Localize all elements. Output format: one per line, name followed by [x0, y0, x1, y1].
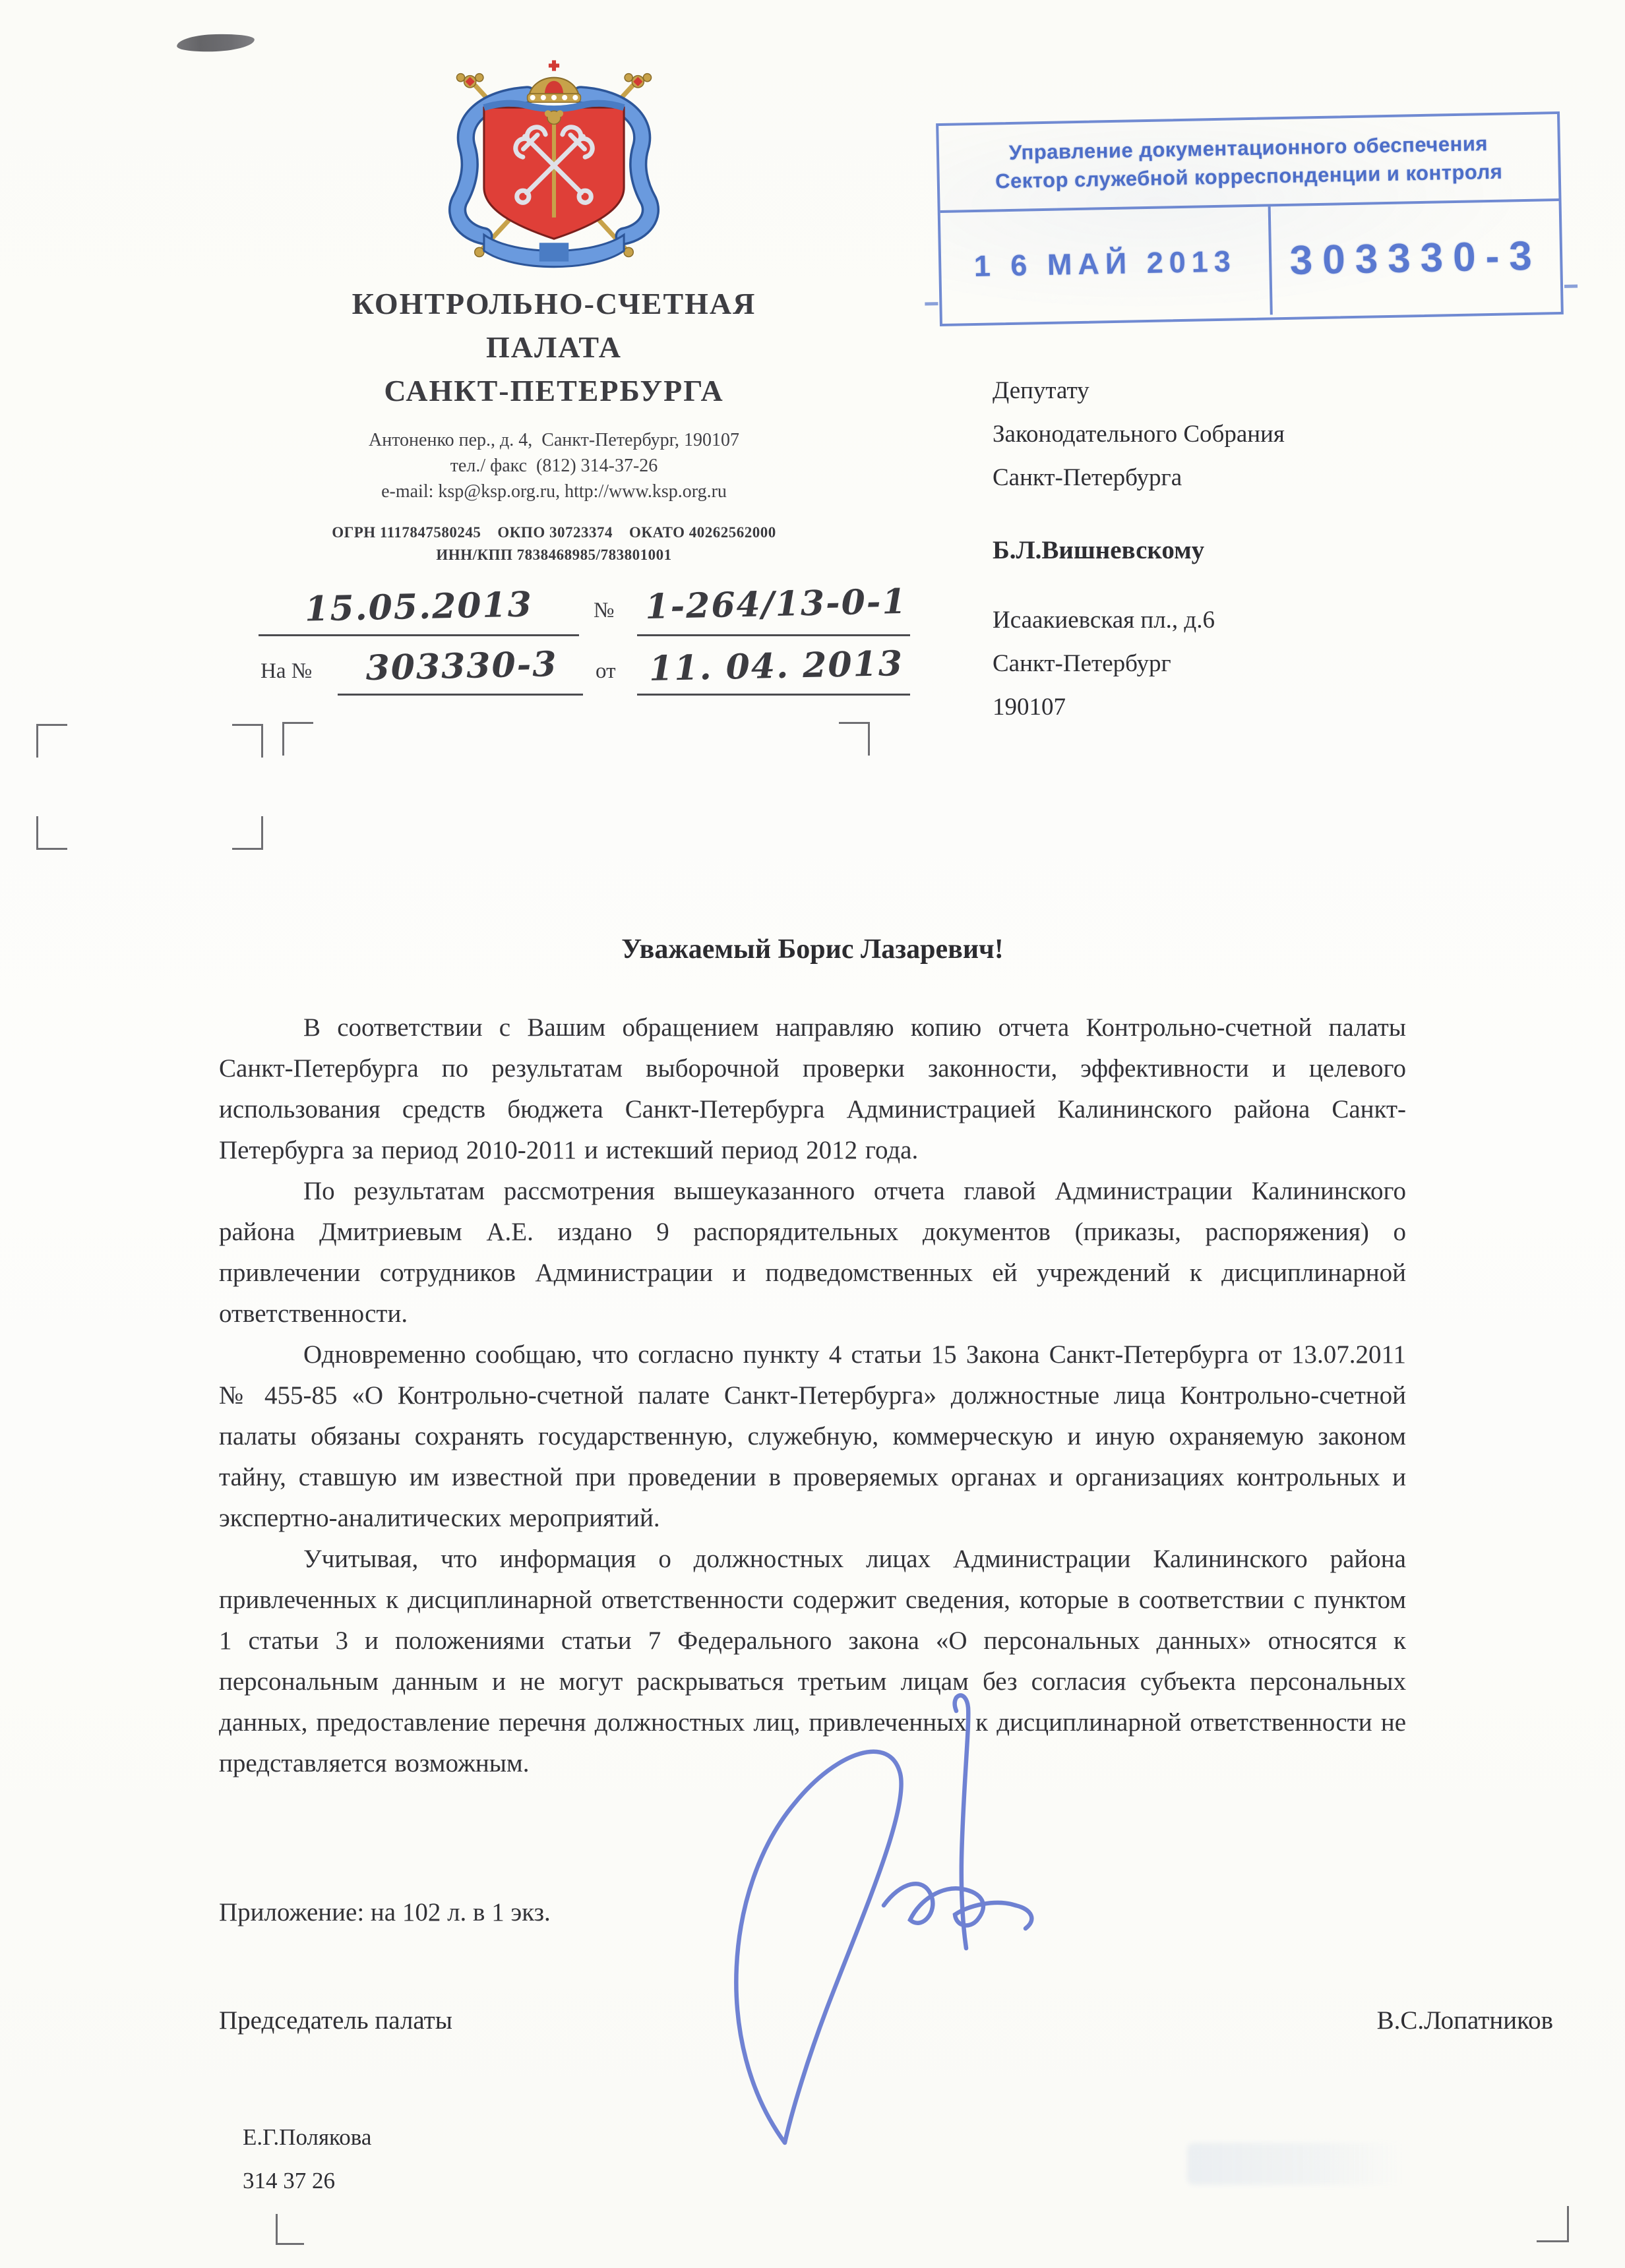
corner-mark [282, 722, 313, 756]
recipient-street: Исаакиевская пл., д.6 [993, 599, 1494, 642]
reply-number-label: На № [261, 659, 312, 684]
stamp-number: 303330-3 [1268, 201, 1561, 314]
stamp-tick-left [925, 302, 938, 305]
signer-name: В.С.Лопатников [1377, 2006, 1553, 2035]
org-registry: ОГРН 1117847580245 ОКПО 30723374 ОКАТО 4… [178, 522, 930, 566]
letter-body: В соответствии с Вашим обращением направ… [219, 1007, 1406, 1784]
reply-date-handwritten: 11. 04. 2013 [640, 643, 911, 690]
scan-smudge-artifact [176, 32, 255, 53]
corner-mark [232, 724, 263, 758]
org-phone: тел./ факс (812) 314-37-26 [178, 453, 930, 479]
letterhead-block: КОНТРОЛЬНО-СЧЕТНАЯ ПАЛАТА САНКТ-ПЕТЕРБУР… [178, 282, 930, 566]
org-name-line3: САНКТ-ПЕТЕРБУРГА [178, 369, 930, 413]
outgoing-number-handwritten: 1-264/13-0-1 [640, 582, 911, 628]
corner-mark [276, 2214, 304, 2245]
recipient-postcode: 190107 [993, 686, 1494, 729]
date-underline [259, 634, 579, 636]
paragraph-2: По результатам рассмотрения вышеуказанно… [219, 1171, 1406, 1334]
org-address: Антоненко пер., д. 4, Санкт-Петербург, 1… [178, 427, 930, 453]
corner-mark [36, 816, 67, 850]
corner-mark [232, 816, 263, 850]
stamp-header: Управление документационного обеспечения… [938, 114, 1558, 213]
org-name: КОНТРОЛЬНО-СЧЕТНАЯ ПАЛАТА САНКТ-ПЕТЕРБУР… [178, 282, 930, 413]
scanned-letter-page: КОНТРОЛЬНО-СЧЕТНАЯ ПАЛАТА САНКТ-ПЕТЕРБУР… [0, 0, 1625, 2268]
org-registry-line1: ОГРН 1117847580245 ОКПО 30723374 ОКАТО 4… [178, 522, 930, 544]
reply-number-underline [338, 694, 583, 696]
corner-mark [839, 722, 870, 756]
org-name-line1: КОНТРОЛЬНО-СЧЕТНАЯ [178, 282, 930, 326]
salutation: Уважаемый Борис Лазаревич! [219, 934, 1406, 965]
recipient-block: Депутату Законодательного Собрания Санкт… [993, 369, 1494, 500]
org-email-web: e-mail: ksp@ksp.org.ru, http://www.ksp.o… [178, 479, 930, 504]
recipient-line3: Санкт-Петербурга [993, 456, 1494, 500]
reply-date-underline [637, 694, 910, 696]
org-registry-line2: ИНН/КПП 7838468985/783801001 [178, 544, 930, 566]
org-contacts: Антоненко пер., д. 4, Санкт-Петербург, 1… [178, 427, 930, 504]
recipient-name: Б.Л.Вишневскому [993, 529, 1494, 572]
recipient-city: Санкт-Петербург [993, 642, 1494, 686]
coat-of-arms-spb-icon [427, 50, 681, 272]
number-underline [637, 634, 910, 636]
outgoing-number-label: № [594, 599, 615, 623]
recipient-line1: Депутату [993, 369, 1494, 413]
executor-phone: 314 37 26 [243, 2168, 335, 2194]
outgoing-date-handwritten: 15.05.2013 [263, 583, 574, 630]
reply-number-handwritten: 303330-3 [342, 643, 580, 689]
ink-bleed-artifact [1187, 2143, 1405, 2185]
signer-position: Председатель палаты [219, 2006, 452, 2035]
corner-mark [1537, 2206, 1569, 2242]
paragraph-1: В соответствии с Вашим обращением направ… [219, 1007, 1406, 1171]
org-name-line2: ПАЛАТА [178, 326, 930, 369]
handwritten-signature [673, 1688, 1068, 2149]
reply-date-label: от [596, 659, 616, 684]
attachment-note: Приложение: на 102 л. в 1 экз. [219, 1897, 551, 1927]
executor-name: Е.Г.Полякова [243, 2124, 371, 2151]
paragraph-3: Одновременно сообщаю, что согласно пункт… [219, 1334, 1406, 1539]
recipient-line2: Законодательного Собрания [993, 413, 1494, 456]
registration-stamp: Управление документационного обеспечения… [936, 111, 1564, 326]
corner-mark [36, 724, 67, 758]
recipient-address: Исаакиевская пл., д.6 Санкт-Петербург 19… [993, 599, 1494, 729]
stamp-date: 1 6 МАЙ 2013 [940, 206, 1270, 321]
stamp-tick-right [1564, 284, 1578, 287]
